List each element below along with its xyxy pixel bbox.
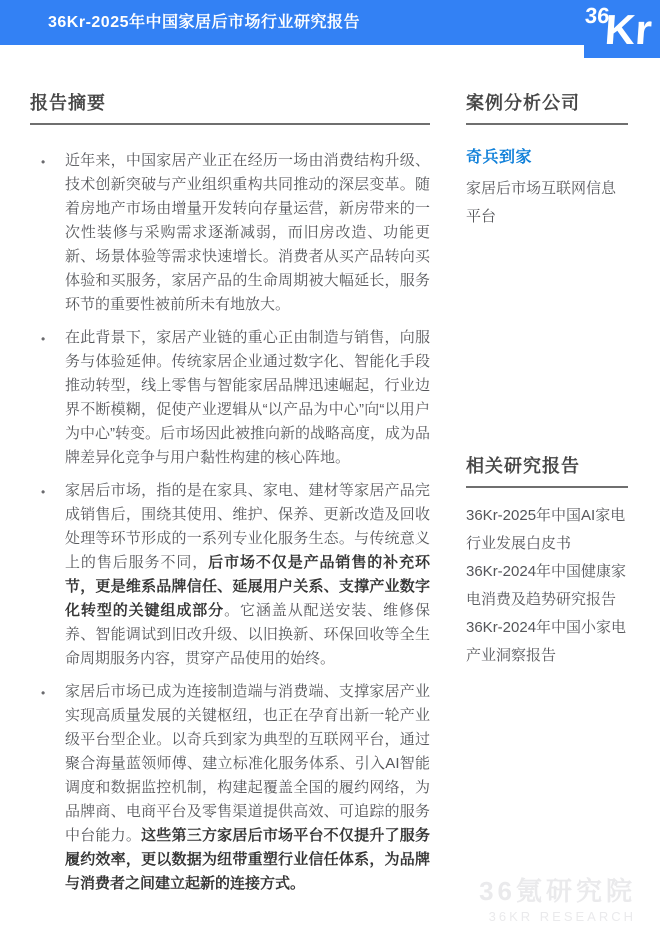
summary-bullet: 在此背景下，家居产业链的重心正由制造与销售，向服务与体验延伸。传统家居企业通过数… — [30, 326, 430, 470]
bullet-text: 在此背景下，家居产业链的重心正由制造与销售，向服务与体验延伸。传统家居企业通过数… — [65, 329, 430, 466]
bullet-text: 近年来，中国家居产业正在经历一场由消费结构升级、技术创新突破与产业组织重构共同推… — [65, 152, 430, 313]
summary-bullet: 家居后市场已成为连接制造端与消费端、支撑家居产业实现高质量发展的关键枢纽，也正在… — [30, 680, 430, 896]
summary-section: 报告摘要 近年来，中国家居产业正在经历一场由消费结构升级、技术创新突破与产业组织… — [30, 94, 430, 905]
company-description: 家居后市场互联网信息平台 — [466, 175, 628, 231]
summary-bullet: 近年来，中国家居产业正在经历一场由消费结构升级、技术创新突破与产业组织重构共同推… — [30, 149, 430, 317]
bullet-text: 家居后市场已成为连接制造端与消费端、支撑家居产业实现高质量发展的关键枢纽，也正在… — [65, 683, 430, 844]
related-report-item: 36Kr-2025年中国AI家电行业发展白皮书 — [466, 502, 628, 558]
related-reports-heading: 相关研究报告 — [466, 457, 628, 488]
related-report-item: 36Kr-2024年中国小家电产业洞察报告 — [466, 614, 628, 670]
summary-bullet-list: 近年来，中国家居产业正在经历一场由消费结构升级、技术创新突破与产业组织重构共同推… — [30, 149, 430, 896]
summary-bullet: 家居后市场，指的是在家具、家电、建材等家居产品完成销售后，围绕其使用、维护、保养… — [30, 479, 430, 671]
case-company-section: 案例分析公司 奇兵到家 家居后市场互联网信息平台 — [466, 94, 628, 231]
case-company-heading: 案例分析公司 — [466, 94, 628, 125]
related-reports-list: 36Kr-2025年中国AI家电行业发展白皮书36Kr-2024年中国健康家电消… — [466, 502, 628, 670]
content-area: 报告摘要 近年来，中国家居产业正在经历一场由消费结构升级、技术创新突破与产业组织… — [0, 45, 660, 905]
page-header: 36Kr-2025年中国家居后市场行业研究报告 — [0, 0, 660, 45]
watermark-english: 36KR RESEARCH — [479, 909, 636, 924]
related-report-item: 36Kr-2024年中国健康家电消费及趋势研究报告 — [466, 558, 628, 614]
company-name: 奇兵到家 — [466, 144, 628, 167]
summary-heading: 报告摘要 — [30, 94, 430, 125]
watermark-chinese: 36氪研究院 — [479, 877, 636, 906]
sidebar: 案例分析公司 奇兵到家 家居后市场互联网信息平台 相关研究报告 36Kr-202… — [466, 94, 634, 905]
report-page: { "colors":{ "header_bg":"#3381F4", "com… — [0, 0, 660, 934]
report-title: 36Kr-2025年中国家居后市场行业研究报告 — [48, 0, 360, 45]
watermark-36kr-research: 36氪研究院 36KR RESEARCH — [479, 877, 636, 924]
related-reports-section: 相关研究报告 36Kr-2025年中国AI家电行业发展白皮书36Kr-2024年… — [466, 457, 628, 670]
